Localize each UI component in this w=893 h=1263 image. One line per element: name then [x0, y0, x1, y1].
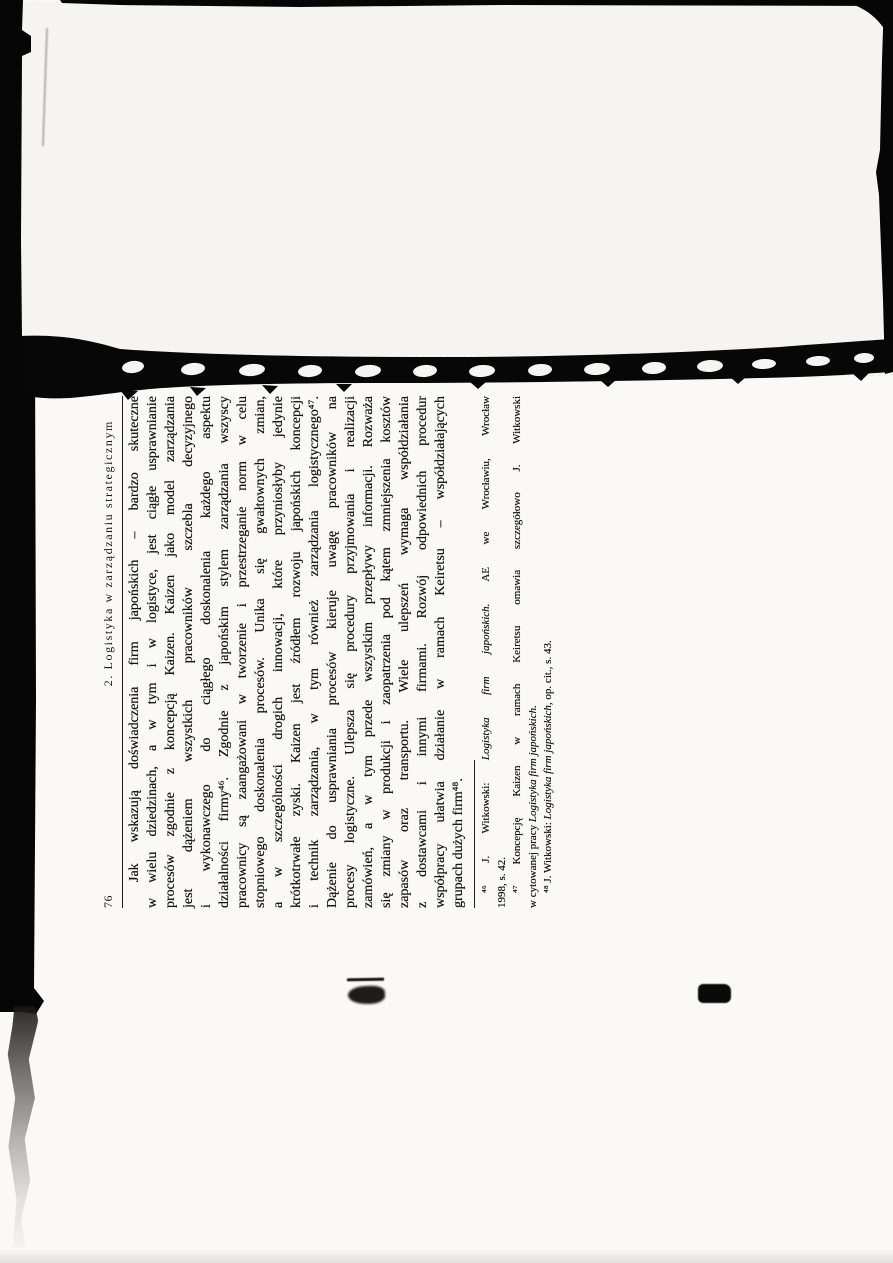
text-segment: i wykonawczego do ciągłego doskonalenia …	[199, 396, 214, 908]
body-text-line: i technik zarządzania, w tym również zar…	[306, 396, 324, 908]
text-segment: Jak wskazują doświadczenia firm japoński…	[127, 396, 142, 882]
text-segment: procesy logistyczne. Ulepsza się procedu…	[343, 396, 358, 908]
footnote-text-line: ⁴⁸ J. Witkowski: Logistyka firm japoński…	[541, 396, 557, 908]
body-text-line: działalności firmy⁴⁶. Zgodnie z japoński…	[216, 396, 234, 908]
text-segment: ⁴⁶ J. Witkowski:	[480, 760, 492, 893]
ink-blob-right	[698, 984, 731, 1003]
text-segment: jest dążeniem wszystkich pracowników szc…	[181, 396, 196, 908]
footnote-text-line: w cytowanej pracy Logistyka firm japońsk…	[526, 396, 542, 908]
scan-edge-top	[60, 0, 893, 7]
text-segment: ⁴⁸ J. Witkowski:	[542, 819, 554, 893]
text-segment: się zmiany w produkcji i zaopatrzenia po…	[379, 396, 394, 908]
body-text-line: a w szczególności drogich innowacji, któ…	[270, 396, 288, 908]
text-segment: zapasów oraz transportu. Wiele ulepszeń …	[397, 396, 412, 908]
footnote-text-line: ⁴⁶ J. Witkowski: Logistyka firm japoński…	[479, 396, 495, 908]
footnote-text-line: ⁴⁷ Koncepcję Kaizen w ramach Keiretsu om…	[510, 396, 526, 908]
body-text-line: i wykonawczego do ciągłego doskonalenia …	[198, 396, 216, 908]
text-segment: zamówień, a w tym przede wszystkim przep…	[361, 396, 376, 908]
text-segment: ⁴⁷ Koncepcję Kaizen w ramach Keiretsu om…	[511, 396, 523, 893]
text-segment: stopniowego doskonalenia procesów. Unika…	[253, 396, 268, 908]
body-text-line: się zmiany w produkcji i zaopatrzenia po…	[378, 396, 396, 908]
body-text-line: współpracy ułatwia działanie w ramach Ke…	[432, 396, 450, 908]
body-text-line: stopniowego doskonalenia procesów. Unika…	[252, 396, 270, 908]
scan-bottom-shadow	[0, 1248, 893, 1263]
text-segment: z dostawcami i innymi firmami. Rozwój od…	[415, 396, 430, 908]
text-segment: i technik zarządzania, w tym również zar…	[307, 396, 322, 908]
book-page-text: 76 2. Logistyka w zarządzaniu strategicz…	[100, 396, 568, 908]
body-text-line: z dostawcami i innymi firmami. Rozwój od…	[414, 396, 432, 908]
text-segment: Dążenie do usprawniania procesów kieruje…	[325, 396, 340, 908]
scan-edge-left	[0, 0, 44, 1014]
body-text-line: zamówień, a w tym przede wszystkim przep…	[360, 396, 378, 908]
text-segment: procesów zgodnie z koncepcją Kaizen. Kai…	[163, 396, 178, 908]
text-segment: pracownicy są zaangażowani w tworzenie i…	[235, 396, 250, 908]
footnote-text-line: 1998, s. 42.	[495, 396, 511, 908]
scan-edge-right	[876, 0, 893, 374]
page-number: 76	[100, 895, 117, 908]
body-text-line: jest dążeniem wszystkich pracowników szc…	[180, 396, 198, 908]
body-text-line: procesów zgodnie z koncepcją Kaizen. Kai…	[162, 396, 180, 908]
running-title: 2. Logistyka w zarządzaniu strategicznym	[100, 420, 117, 686]
body-text-line: pracownicy są zaangażowani w tworzenie i…	[234, 396, 252, 908]
page-header: 76 2. Logistyka w zarządzaniu strategicz…	[100, 396, 123, 908]
text-segment: AE we Wrocławiu, Wrocław	[480, 396, 492, 604]
ink-blob-left	[348, 985, 386, 1004]
text-segment: działalności firmy⁴⁶. Zgodnie z japoński…	[217, 396, 232, 908]
footnotes: ⁴⁶ J. Witkowski: Logistyka firm japoński…	[479, 396, 557, 908]
text-segment: współpracy ułatwia działanie w ramach Ke…	[433, 396, 448, 908]
body-text-line: krótkotrwałe zyski. Kaizen jest źródłem …	[288, 396, 306, 908]
text-segment: 1998, s. 42.	[496, 857, 508, 908]
text-segment: w wielu dziedzinach, a w tym i w logisty…	[145, 396, 160, 908]
text-segment: Logistyka firm japońskich	[542, 705, 554, 819]
body-text-line: w wielu dziedzinach, a w tym i w logisty…	[144, 396, 162, 908]
text-segment: , op. cit., s. 43.	[542, 640, 554, 705]
body-text-line: zapasów oraz transportu. Wiele ulepszeń …	[396, 396, 414, 908]
text-segment: Logistyka firm japońskich.	[480, 604, 492, 761]
body-text-line: procesy logistyczne. Ulepsza się procedu…	[342, 396, 360, 908]
body-text-line: grupach dużych firm⁴⁸.	[450, 396, 468, 908]
text-segment: krótkotrwałe zyski. Kaizen jest źródłem …	[289, 396, 304, 908]
text-segment: w cytowanej pracy	[527, 822, 539, 908]
body-text-line: Dążenie do usprawniania procesów kieruje…	[324, 396, 342, 908]
text-segment: a w szczególności drogich innowacji, któ…	[271, 396, 286, 908]
text-segment: Logistyka firm japońskich.	[527, 705, 539, 822]
scanned-book-page: 76 2. Logistyka w zarządzaniu strategicz…	[0, 0, 893, 1263]
body-text-line: Jak wskazują doświadczenia firm japoński…	[126, 396, 144, 908]
text-segment: grupach dużych firm⁴⁸.	[451, 778, 466, 908]
body-paragraph: Jak wskazują doświadczenia firm japoński…	[126, 396, 468, 908]
ink-line-mark	[347, 978, 384, 982]
footnote-separator	[474, 760, 475, 908]
